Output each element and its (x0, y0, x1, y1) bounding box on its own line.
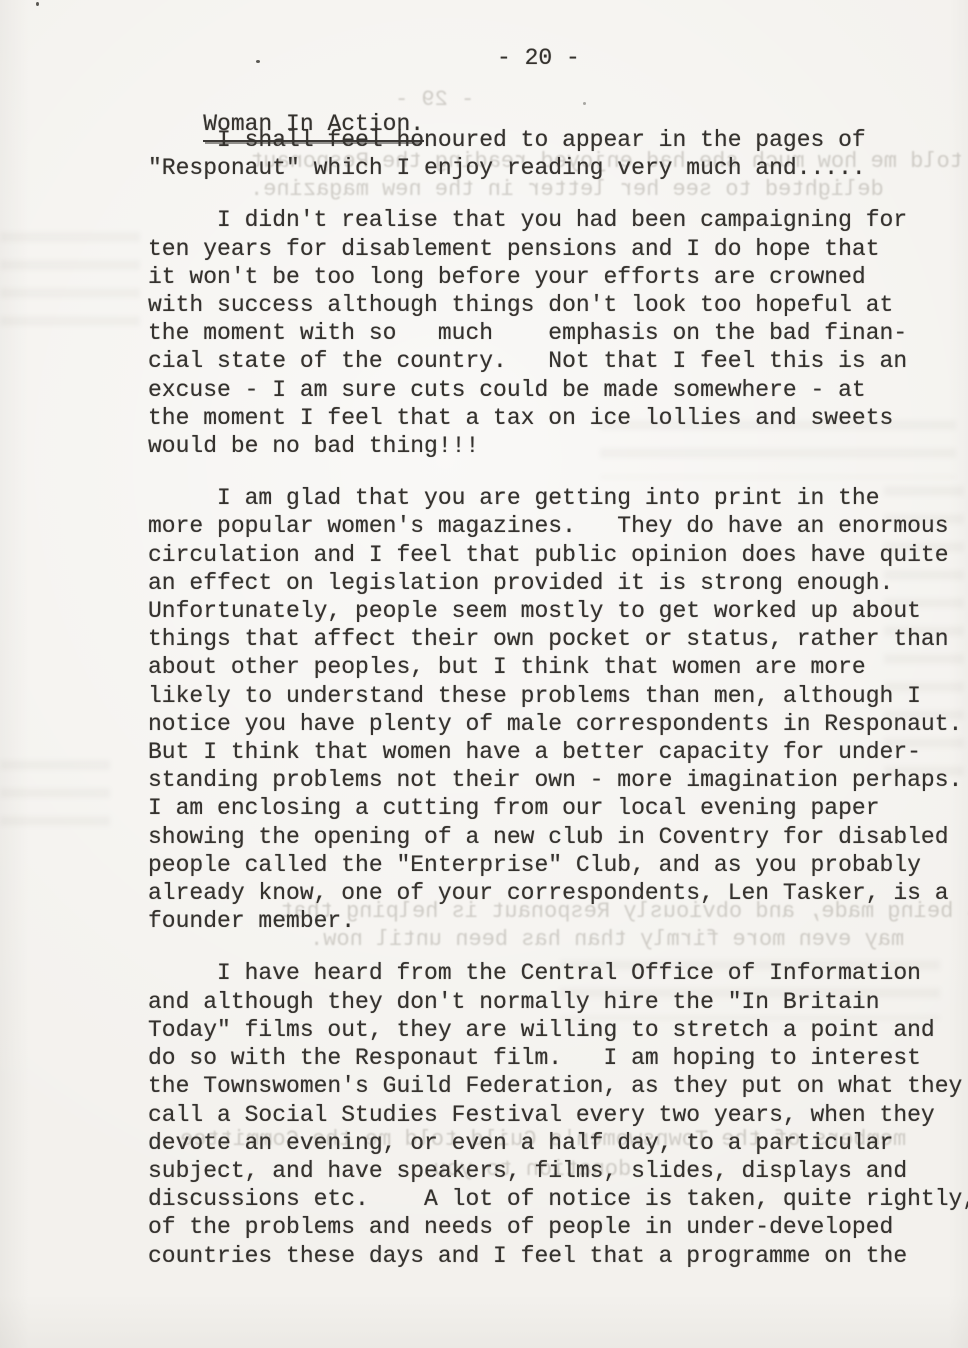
paragraph-1: I shall feel honoured to appear in the p… (148, 126, 964, 182)
letter-body: I shall feel honoured to appear in the p… (148, 126, 964, 1294)
paragraph-3: I am glad that you are getting into prin… (148, 484, 964, 935)
paper-speck (256, 60, 260, 63)
page-number: - 20 - (497, 44, 580, 72)
paper-speck (583, 102, 586, 105)
scanned-letter-page: told me how much she had enjoyed reading… (0, 0, 968, 1348)
bleedthrough-smudge (0, 232, 140, 342)
bleedthrough-smudge (0, 760, 110, 840)
paragraph-2: I didn't realise that you had been campa… (148, 206, 964, 460)
paragraph-4: I have heard from the Central Office of … (148, 959, 964, 1269)
paper-speck (36, 2, 39, 6)
